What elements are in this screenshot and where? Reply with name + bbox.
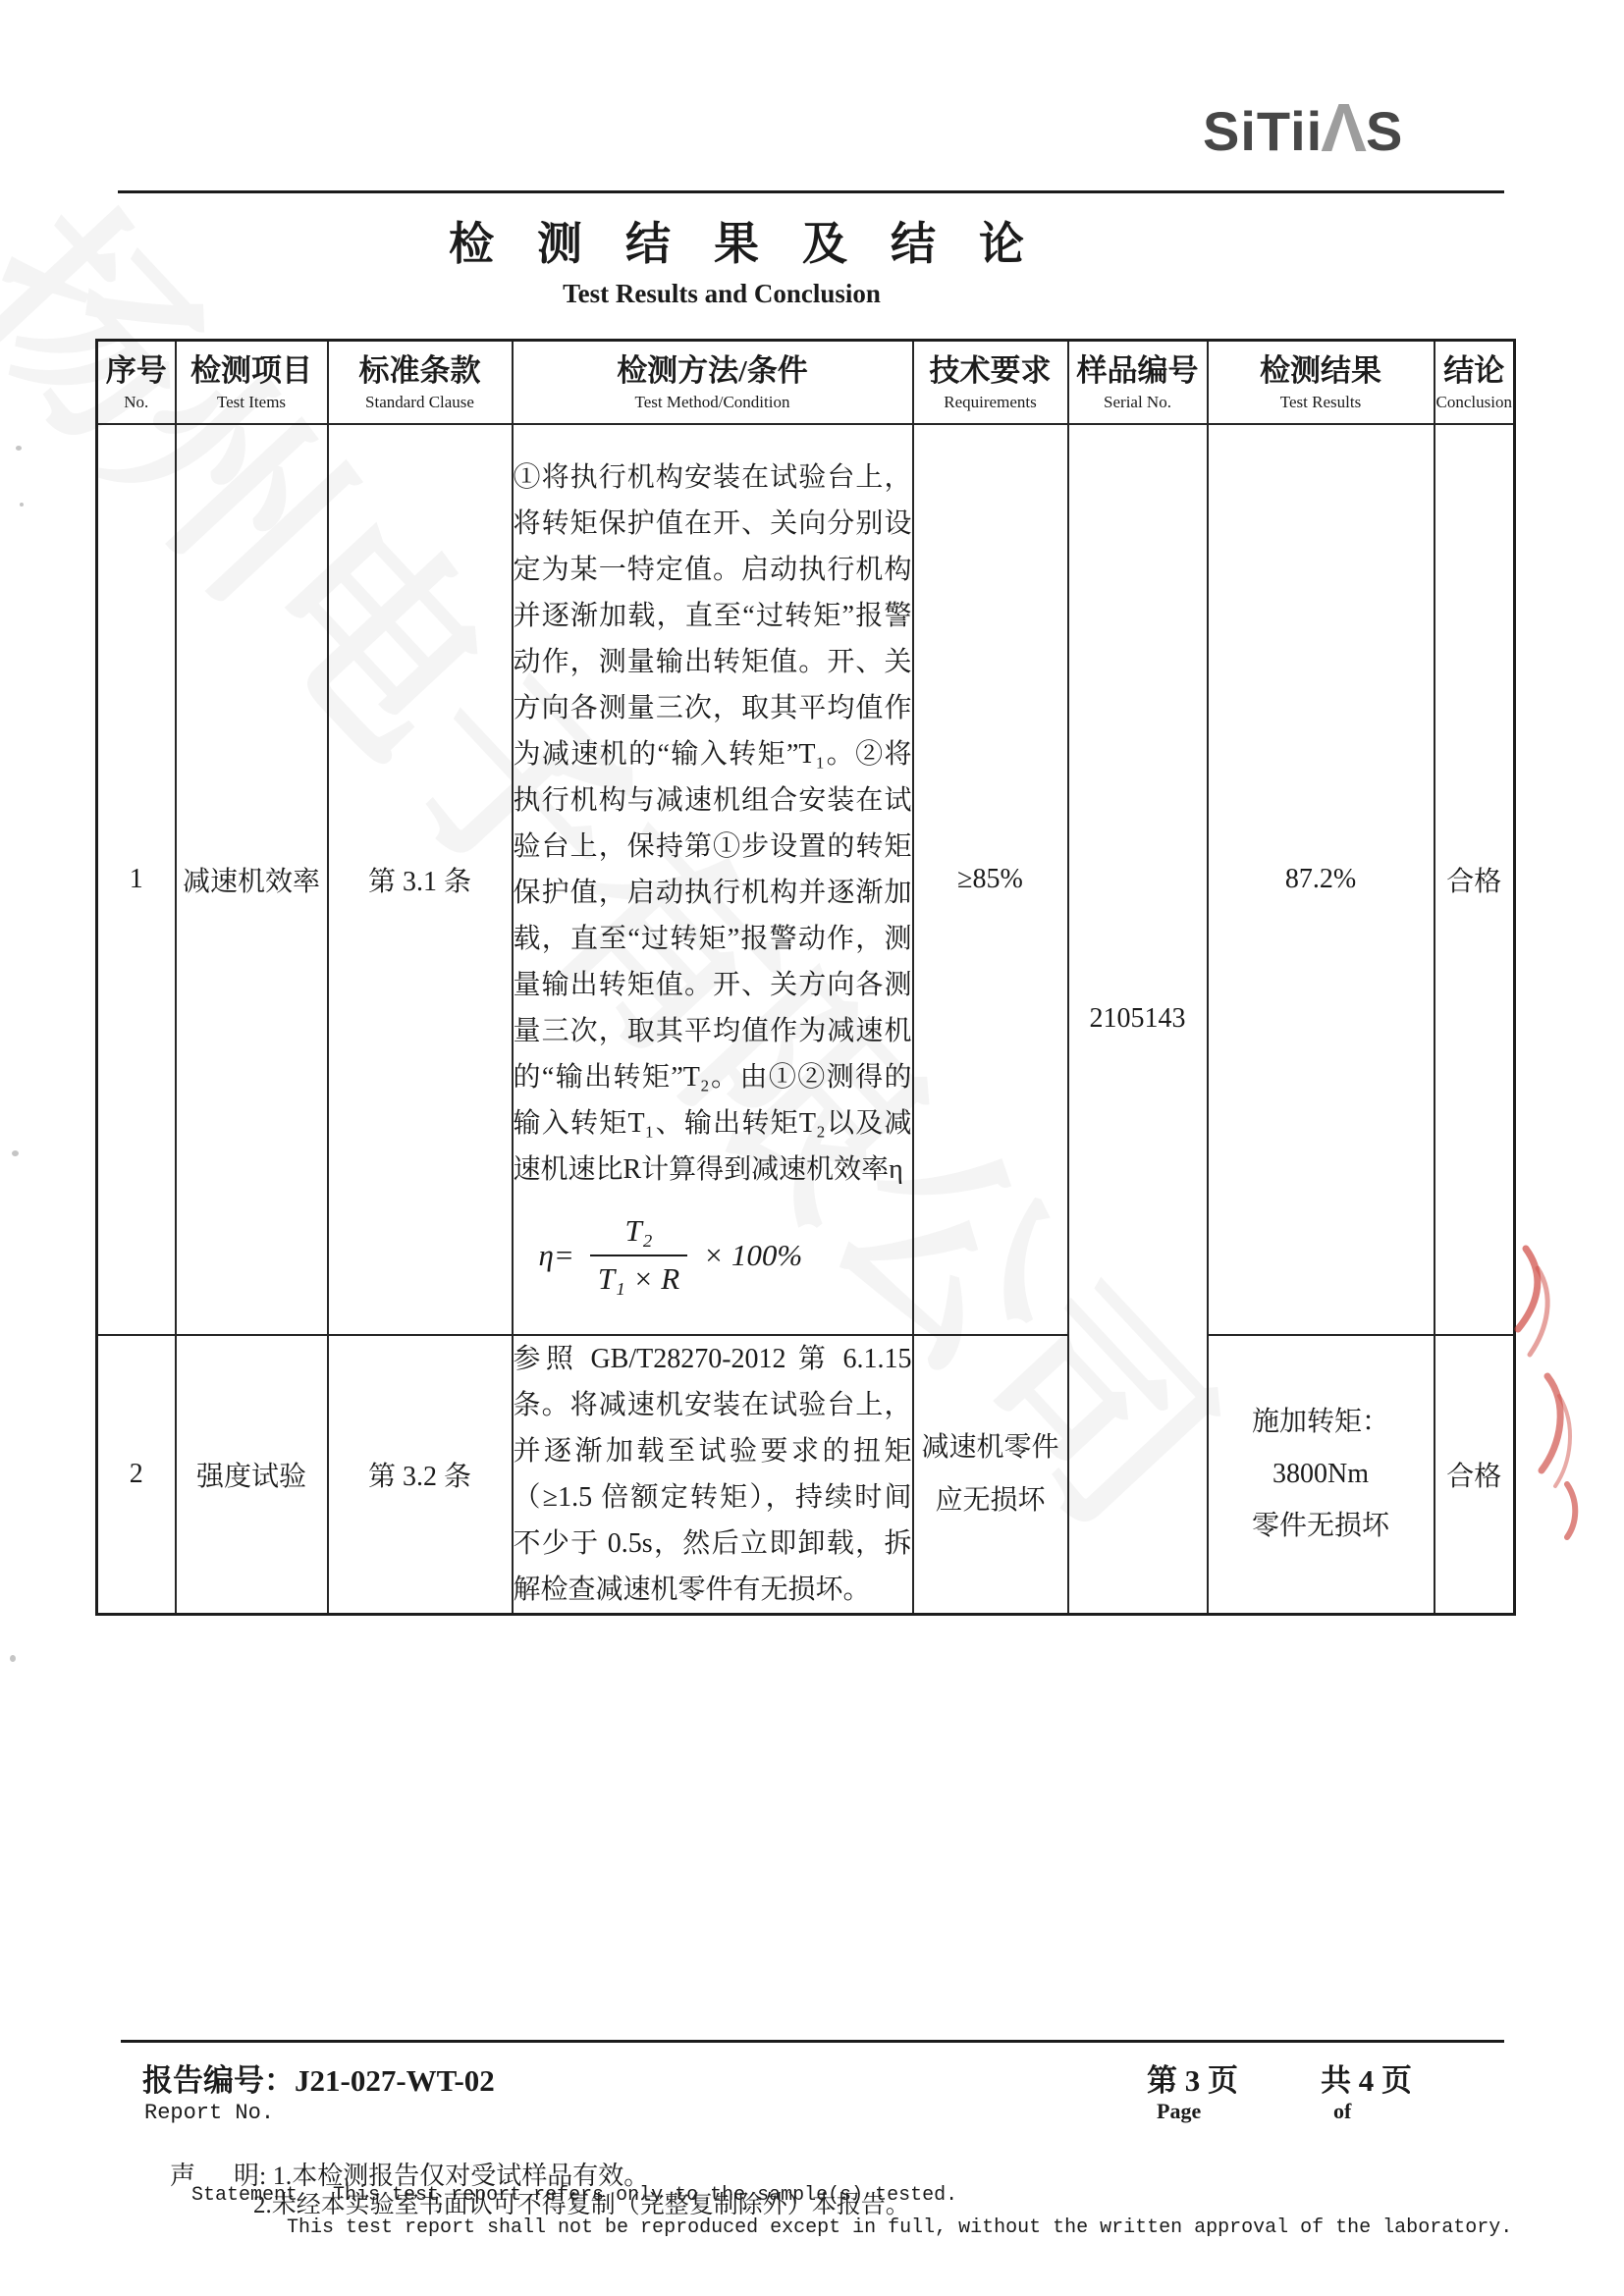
table-row: 1 减速机效率 第 3.1 条 ①将执行机构安装在试验台上，将转矩保护值在开、关… [97, 424, 1515, 1335]
header-test-items: 检测项目Test Items [176, 341, 328, 424]
scan-artifact [16, 446, 22, 451]
report-number-label-cn: 报告编号： [142, 2063, 295, 2098]
statement-line2-en: This test report shall not be reproduced… [287, 2216, 1512, 2239]
row1-method-cell: ①将执行机构安装在试验台上，将转矩保护值在开、关向分别设定为某一特定值。启动执行… [513, 424, 913, 1335]
header-conclusion: 结论Conclusion [1435, 341, 1515, 424]
report-number-label-en: Report No. [144, 2101, 274, 2125]
row1-test-item: 减速机效率 [176, 424, 328, 1335]
header-no: 序号No. [97, 341, 176, 424]
row2-method-cell: 参照 GB/T28270-2012 第 6.1.15 条。将减速机安装在试验台上… [513, 1335, 913, 1615]
logo-text-left: SiTii [1203, 104, 1323, 159]
header-standard-clause: 标准条款Standard Clause [328, 341, 513, 424]
page-total-cn: 共 4 页 [1321, 2056, 1412, 2100]
row1-no: 1 [97, 424, 176, 1335]
table-row: 2 强度试验 第 3.2 条 参照 GB/T28270-2012 第 6.1.1… [97, 1335, 1515, 1615]
row1-clause: 第 3.1 条 [328, 424, 513, 1335]
efficiency-formula: η= T₂ T₁ × R × 100% [539, 1212, 912, 1299]
scan-artifact [20, 503, 24, 507]
logo-letter-a: Λ [1321, 93, 1368, 162]
row2-method-text: 参照 GB/T28270-2012 第 6.1.15 条。将减速机安装在试验台上… [514, 1336, 912, 1613]
row1-requirement: ≥85% [913, 424, 1068, 1335]
row2-no: 2 [97, 1335, 176, 1615]
header-rule [118, 190, 1504, 193]
report-number-line: 报告编号：J21-027-WT-02 [142, 2056, 495, 2100]
row2-clause: 第 3.2 条 [328, 1335, 513, 1615]
formula-suffix: × 100% [703, 1238, 802, 1273]
logo-text-right: S [1366, 104, 1403, 159]
test-results-table: 序号No. 检测项目Test Items 标准条款Standard Clause… [95, 339, 1516, 1616]
header-serial-no: 样品编号Serial No. [1068, 341, 1208, 424]
page-number-label-en: Page [1157, 2099, 1201, 2124]
table-header-row: 序号No. 检测项目Test Items 标准条款Standard Clause… [97, 341, 1515, 424]
row1-method-text: ①将执行机构安装在试验台上，将转矩保护值在开、关向分别设定为某一特定值。启动执行… [514, 454, 912, 1193]
row2-conclusion: 合格 [1435, 1335, 1515, 1615]
row2-result: 施加转矩：3800Nm 零件无损坏 [1208, 1335, 1435, 1615]
footer-rule [121, 2040, 1504, 2043]
header-test-method: 检测方法/条件Test Method/Condition [513, 341, 913, 424]
statement-line2-cn: 2.未经本实验室书面认可不得复制（完整复制除外）本报告。 [253, 2185, 910, 2220]
page-title-en: Test Results and Conclusion [0, 279, 1443, 309]
formula-fraction: T₂ T₁ × R [590, 1212, 687, 1299]
row2-requirement: 减速机零件 应无损坏 [913, 1335, 1068, 1615]
serial-number-cell: 2105143 [1068, 424, 1208, 1615]
scan-artifact [12, 1150, 19, 1156]
report-page: 扬州电子有限公司 SiTii Λ S 检测结果及结论 Test Results … [0, 0, 1624, 2296]
row2-test-item: 强度试验 [176, 1335, 328, 1615]
scan-artifact [10, 1655, 16, 1662]
report-number-value: J21-027-WT-02 [295, 2063, 495, 2098]
row1-result: 87.2% [1208, 424, 1435, 1335]
formula-prefix: η= [539, 1238, 574, 1273]
formula-denominator: T₁ × R [590, 1255, 687, 1299]
page-title-cn: 检测结果及结论 [0, 208, 1473, 273]
page-number-cn: 第 3 页 [1147, 2056, 1238, 2100]
sitiias-logo: SiTii Λ S [1203, 90, 1403, 159]
header-test-results: 检测结果Test Results [1208, 341, 1435, 424]
formula-numerator: T₂ [617, 1212, 660, 1255]
red-seal-fragment [1508, 1239, 1616, 1543]
header-requirements: 技术要求Requirements [913, 341, 1068, 424]
row1-conclusion: 合格 [1435, 424, 1515, 1335]
page-total-label-en: of [1333, 2099, 1351, 2124]
